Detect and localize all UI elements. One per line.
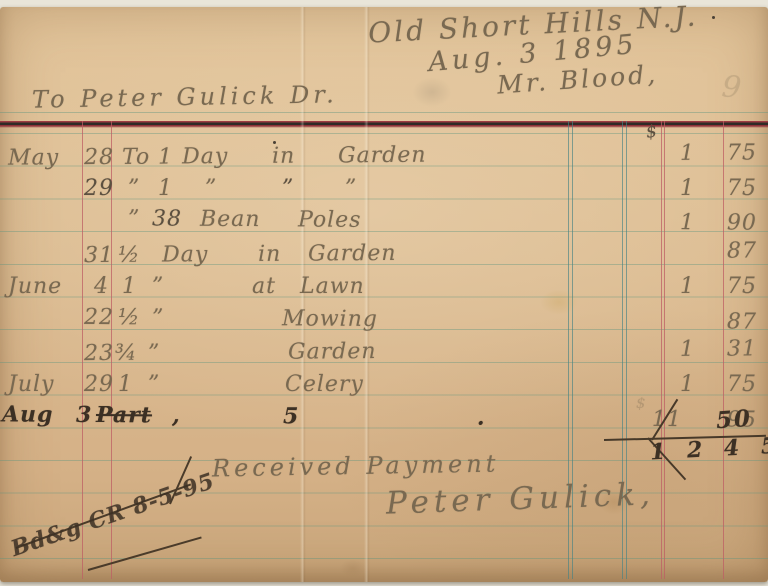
ledger-description-segment: Day	[182, 144, 228, 169]
ledger-description-segment: ”	[205, 176, 217, 201]
ledger-amount-cents: 87	[727, 238, 757, 263]
ledger-day: 3	[76, 401, 92, 427]
ledger-day: 23	[84, 341, 114, 366]
ledger-amount-cents: 75	[727, 372, 757, 397]
ledger-description-segment: 1	[118, 372, 133, 397]
ledger-description-segment: Day	[162, 242, 208, 267]
ledger-description-segment: .	[477, 404, 486, 430]
ledger-description-segment: ”	[152, 274, 164, 299]
ledger-amount-dollars: 1	[680, 210, 695, 235]
ledger-amount-dollars: 1	[680, 176, 695, 201]
ledger-amount-dollars: 1	[680, 141, 695, 166]
ledger-description-segment: at	[252, 274, 276, 299]
ledger-row: Aug3Part,5.1195	[0, 397, 768, 432]
ledger-description-segment: Mowing	[282, 306, 378, 332]
ledger-description-segment: Garden	[288, 339, 377, 365]
ledger-description-segment: 38	[152, 207, 182, 232]
ledger-amount-cents: 31	[727, 337, 757, 362]
ledger-month: June	[8, 274, 62, 299]
ledger-day: 31	[84, 243, 114, 268]
ledger-description-segment: ”	[148, 341, 160, 366]
credit-amount: 50	[715, 405, 753, 434]
ledger-row: 29”1”””175	[0, 171, 768, 201]
ledger-description-segment: Part	[96, 402, 152, 428]
ledger-description-segment: ”	[345, 176, 357, 201]
ledger-amount-dollars: 1	[680, 274, 695, 299]
ledger-description-segment: 1	[158, 176, 173, 201]
stain	[340, 559, 366, 577]
stain	[412, 77, 452, 107]
ledger-day: 29	[84, 176, 114, 201]
ink-speck	[712, 16, 715, 19]
ledger-description-segment: Poles	[298, 208, 362, 233]
ledger-row: July291”Celery175	[0, 367, 768, 397]
ledger-description-segment: in	[272, 144, 295, 169]
ledger-description-segment: ,	[172, 402, 181, 428]
total-pre-mark: $	[636, 394, 646, 412]
ledger-day: 22	[84, 304, 114, 329]
received-payment-line: Received Payment	[212, 449, 500, 482]
ledger-amount-cents: 90	[727, 211, 757, 236]
ledger-description-segment: ½	[118, 305, 141, 330]
ledger-amount-dollars: 1	[680, 337, 695, 362]
ledger-description-segment: Celery	[285, 372, 364, 397]
scanned-receipt-screenshot: { "doc": { "header": { "place_line": "Ol…	[0, 0, 768, 586]
ledger-month: July	[8, 372, 54, 397]
ledger-amount-cents: 75	[727, 140, 757, 165]
ledger-day: 29	[84, 372, 114, 397]
ledger-row: June41”atLawn175	[0, 269, 768, 299]
ledger-description-segment: 1	[122, 274, 137, 299]
ledger-description-segment: Garden	[308, 241, 397, 267]
ledger-description-segment: To	[122, 145, 150, 170]
ledger-month: May	[8, 145, 59, 170]
ledger-amount-cents: 87	[727, 309, 757, 334]
ledger-amount-cents: 75	[727, 176, 757, 201]
ledger-description-segment: 5	[283, 403, 299, 429]
faint-bleedthrough-mark: 9	[720, 69, 743, 106]
ledger-description-segment: Garden	[338, 143, 427, 169]
ledger-row: 22½”Mowing87	[0, 299, 768, 334]
ledger-description-segment: in	[258, 242, 281, 267]
ledger-description-segment: ”	[128, 207, 140, 232]
ledger-day: 28	[84, 145, 114, 170]
ledger-description-segment: 1	[158, 144, 173, 169]
ledger-description-segment: ”	[128, 176, 140, 201]
ledger-amount-dollars: 1	[680, 372, 695, 397]
ledger-day: 4	[94, 274, 109, 299]
ledger-month: Aug	[2, 401, 54, 427]
ledger-description-segment: ½	[118, 243, 141, 268]
ledger-description-segment: Lawn	[300, 274, 365, 299]
ledger-description-segment: Bean	[200, 207, 261, 232]
ledger-amount-cents: 75	[727, 274, 757, 299]
ledger-row: ”38BeanPoles190	[0, 201, 768, 236]
paper-sheet: Old Short Hills N.J. Aug. 3 1895 Mr. Blo…	[0, 7, 768, 582]
ledger-description-segment: ”	[148, 372, 160, 397]
bill-to-line: To Peter Gulick Dr.	[32, 80, 338, 113]
ledger-row: 31½DayinGarden87	[0, 233, 768, 268]
ledger-row: May28To1DayinGarden175	[0, 135, 768, 170]
ledger-amount-dollars: 11	[652, 406, 682, 431]
ledger-row: 23¾”Garden131	[0, 332, 768, 367]
ledger-description-segment: ”	[152, 305, 164, 330]
ledger-description-segment: ”	[282, 176, 294, 201]
ledger-description-segment: ¾	[115, 341, 138, 366]
